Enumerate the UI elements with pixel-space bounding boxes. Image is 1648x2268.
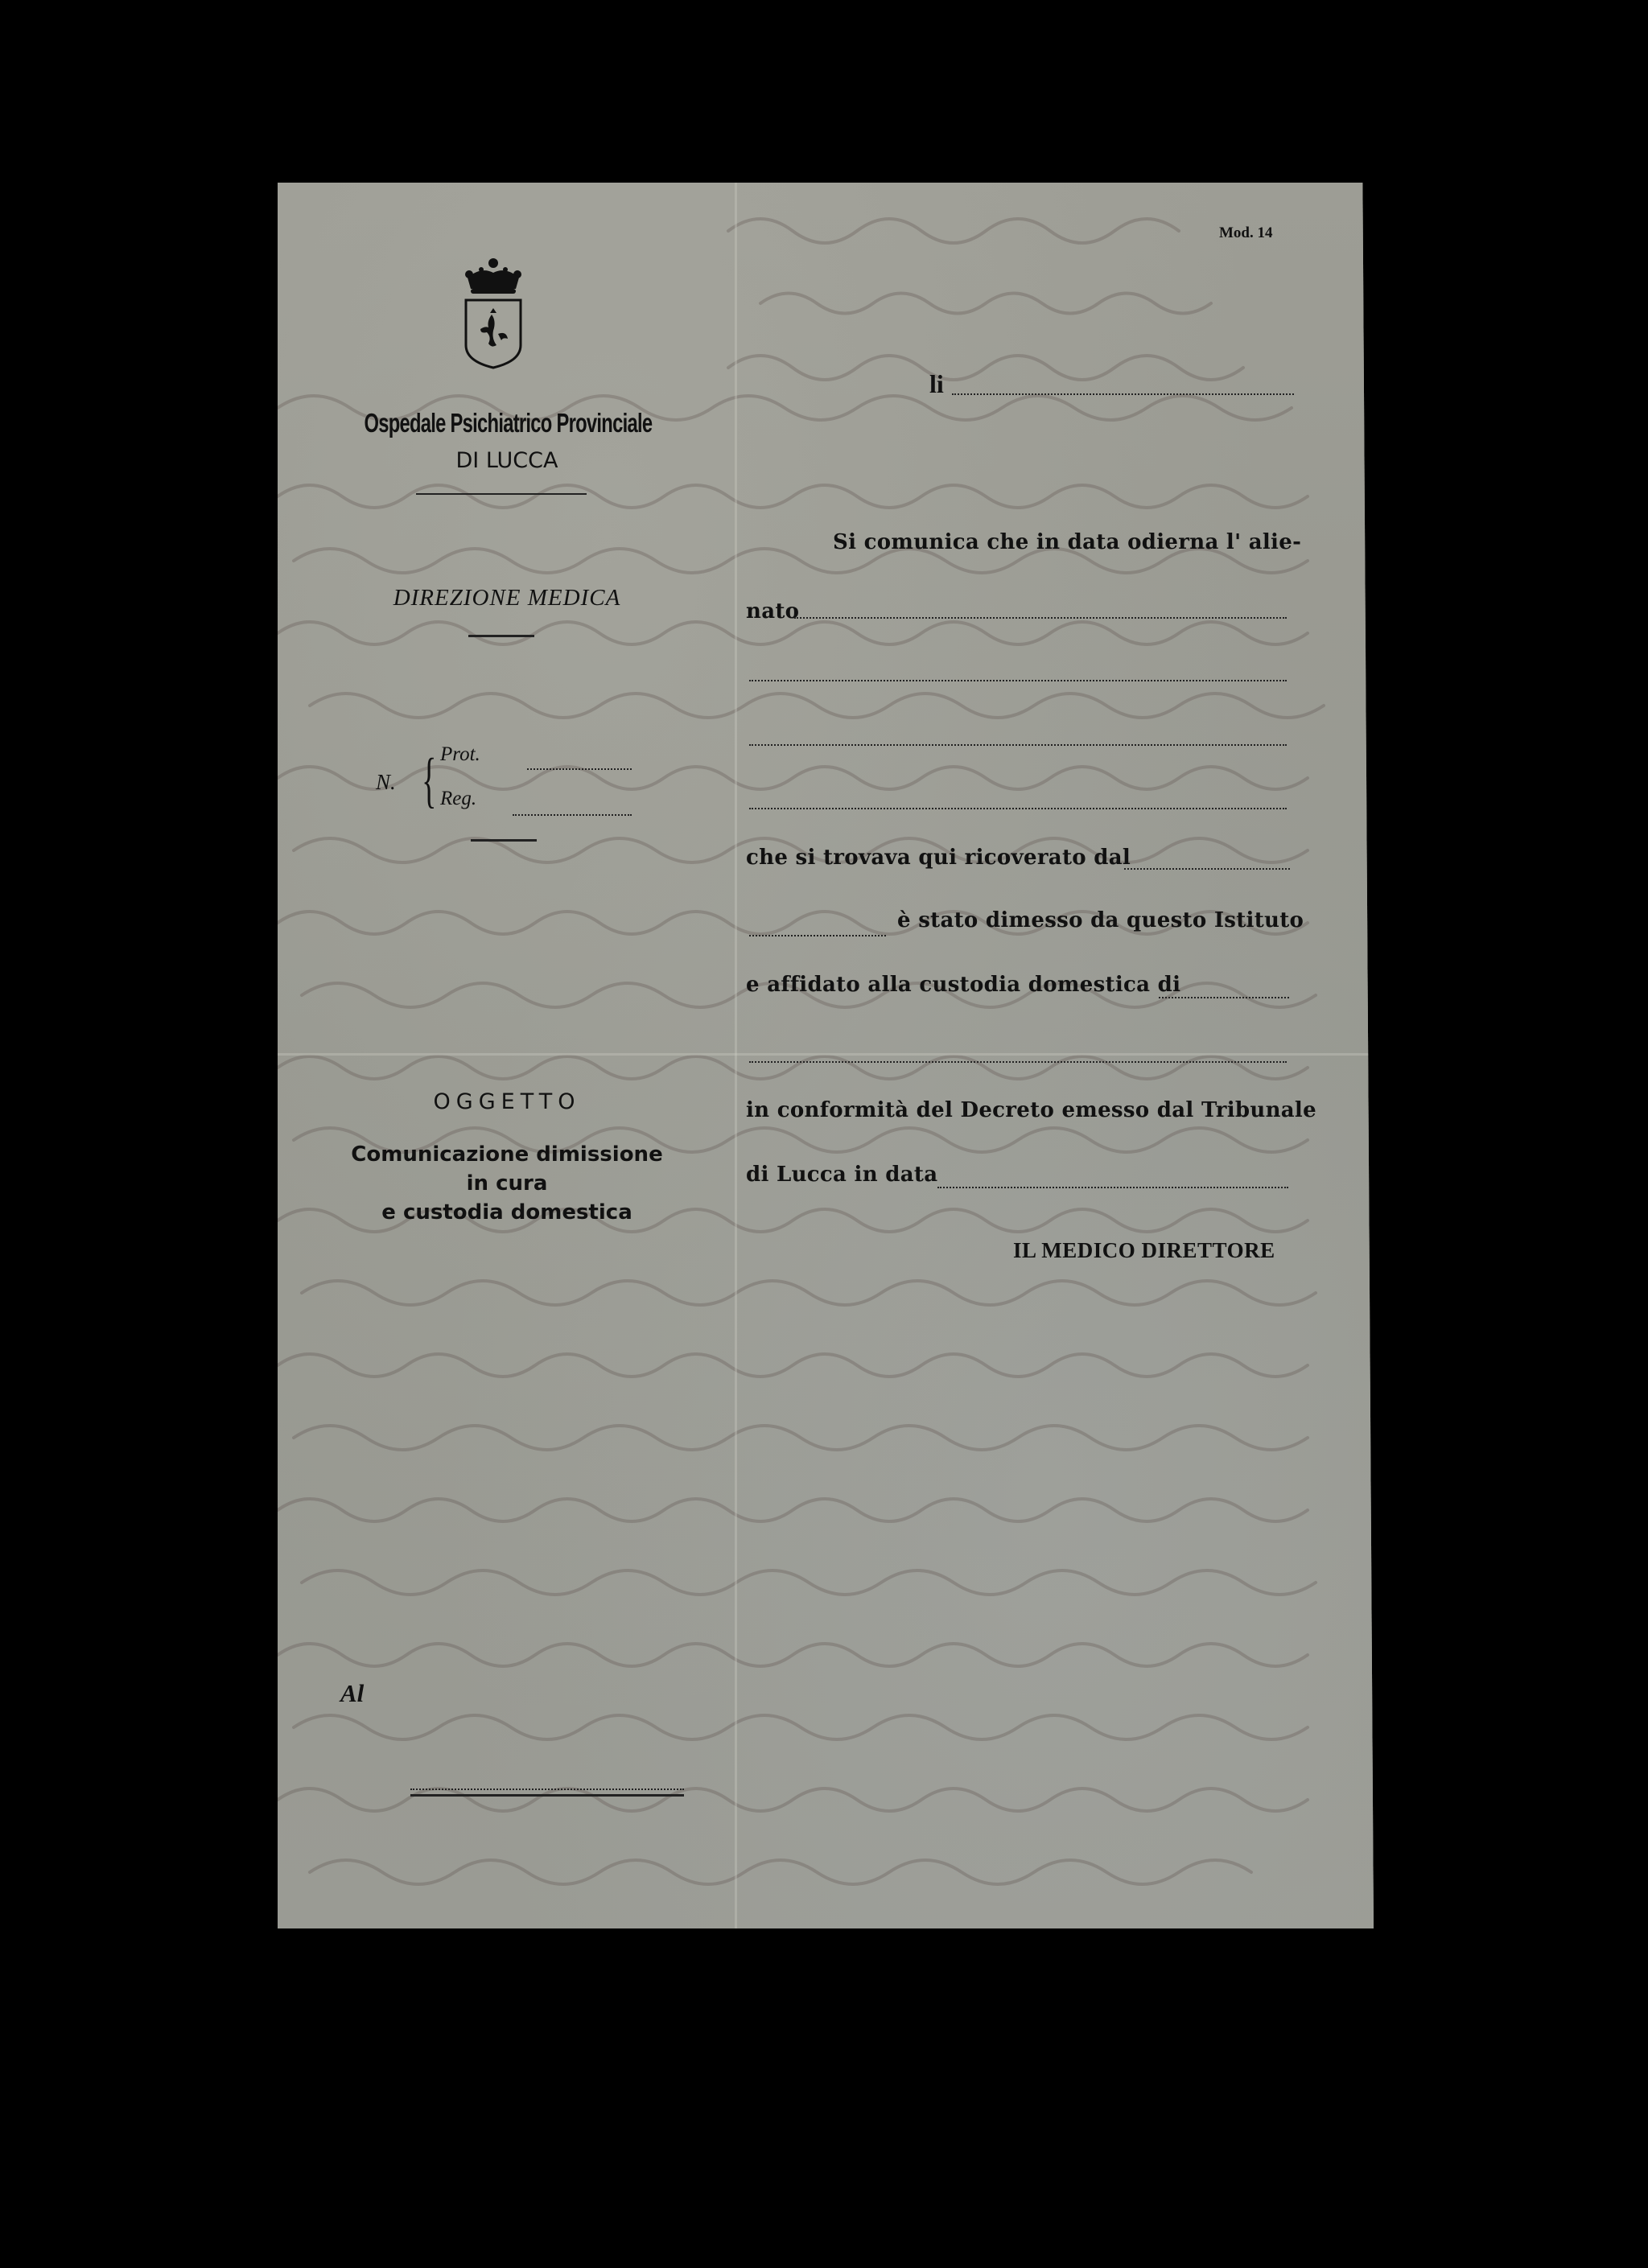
addressee-field[interactable] [410, 1788, 684, 1790]
protocol-number-field[interactable] [527, 768, 632, 770]
institution-city: DI LUCCA [278, 448, 736, 473]
custodian-field-continued[interactable] [749, 1061, 1287, 1063]
register-label: Reg. [440, 788, 476, 810]
addressee-underline [410, 1794, 684, 1797]
protocol-label: Prot. [440, 743, 480, 766]
decree-date-field[interactable] [937, 1187, 1288, 1188]
horizontal-fold-crease [278, 1053, 1374, 1056]
handwriting-bleedthrough [278, 183, 1374, 1928]
patient-detail-field-1[interactable] [749, 680, 1287, 681]
patient-name-field[interactable] [794, 617, 1287, 619]
vertical-fold-crease [735, 183, 737, 1928]
register-number-field[interactable] [513, 814, 632, 816]
court-date-text: di Lucca in data [746, 1163, 937, 1187]
form-sheet: Mod. 14 Ospedale Psichiatrico Provincial… [278, 183, 1374, 1928]
date-field[interactable] [952, 393, 1294, 395]
institution-name: Ospedale Psichiatrico Provinciale [343, 408, 673, 438]
custodian-field[interactable] [1159, 997, 1289, 998]
header-divider [416, 493, 587, 495]
admission-text: che si trovava qui ricoverato dal [746, 846, 1131, 870]
form-code: Mod. 14 [1219, 224, 1273, 242]
body-line-1: Si comunica che in data odierna l' alie- [833, 530, 1301, 554]
discharge-date-field[interactable] [749, 935, 886, 936]
subject-label: OGGETTO [278, 1089, 736, 1114]
custody-text: e affidato alla custodia domestica di [746, 973, 1180, 997]
subject-line-1: Comunicazione dimissione [278, 1140, 736, 1169]
subject-line-3: e custodia domestica [278, 1198, 736, 1227]
department-title: DIREZIONE MEDICA [278, 585, 736, 611]
decree-text: in conformità del Decreto emesso dal Tri… [746, 1098, 1316, 1122]
number-label: N. [376, 770, 396, 795]
patient-detail-field-2[interactable] [749, 744, 1287, 746]
patient-label: nato [746, 599, 799, 624]
admission-date-field[interactable] [1124, 868, 1290, 870]
signature-title: IL MEDICO DIRETTORE [1013, 1238, 1275, 1263]
department-divider [468, 635, 534, 637]
crowned-shield-icon [461, 257, 525, 369]
subject-text: Comunicazione dimissione in cura e custo… [278, 1140, 736, 1227]
patient-detail-field-3[interactable] [749, 808, 1287, 809]
date-place-label: li [929, 369, 944, 399]
addressee-label: Al [340, 1679, 364, 1708]
reference-divider [471, 839, 537, 842]
discharge-text: è stato dimesso da questo Istituto [897, 908, 1304, 932]
subject-line-2: in cura [278, 1169, 736, 1198]
brace-icon: { [422, 746, 436, 816]
